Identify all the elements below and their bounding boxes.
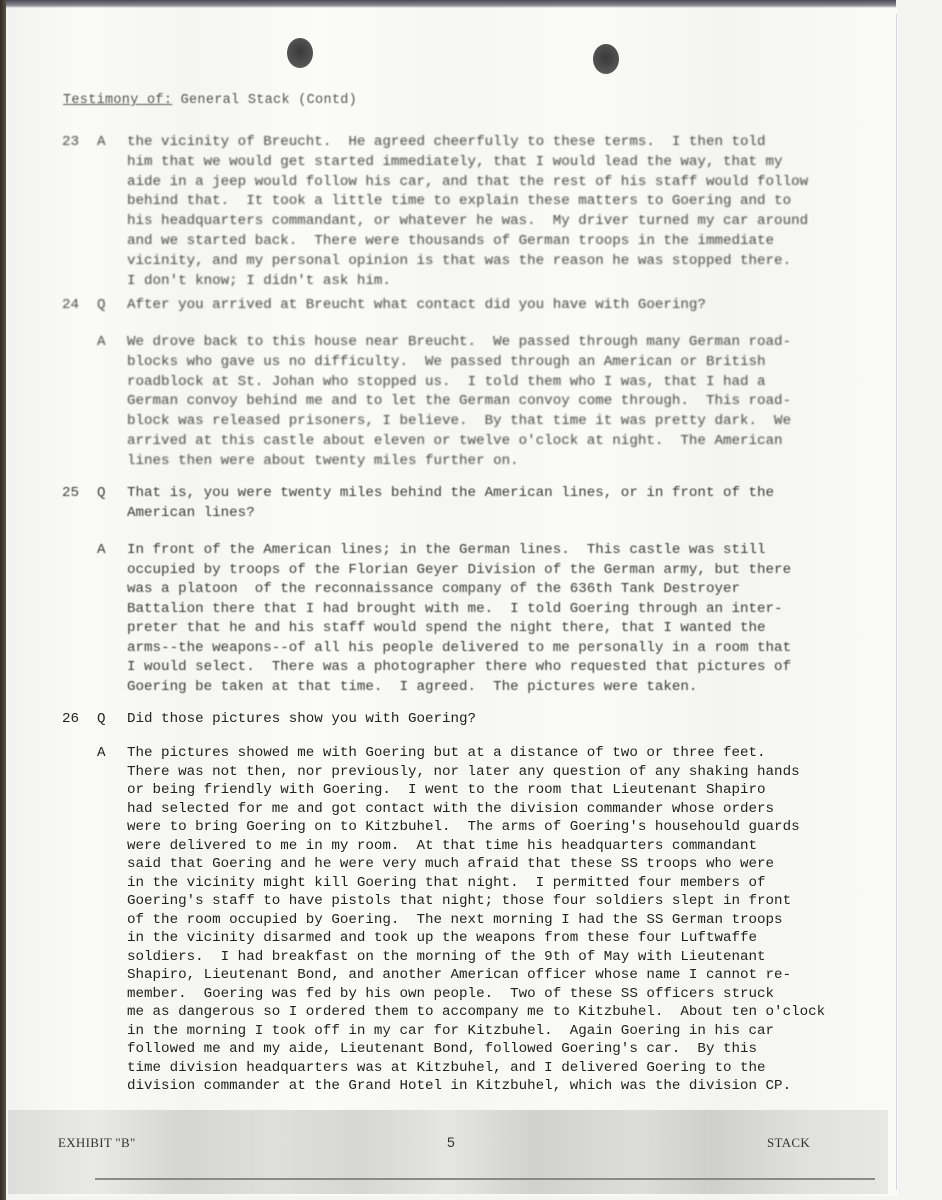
text-line: Goering's staff to have pistols that nig… — [127, 892, 825, 911]
question-answer-marker: Q — [97, 484, 106, 504]
text-line: lines then were about twenty miles furth… — [127, 452, 791, 472]
paragraph-number: 23 — [62, 133, 92, 153]
paragraph-text: In front of the American lines; in the G… — [127, 541, 791, 697]
text-line: division commander at the Grand Hotel in… — [127, 1077, 825, 1096]
text-line: or being friendly with Goering. I went t… — [127, 781, 825, 800]
question-answer-marker: Q — [97, 710, 106, 730]
text-line: followed me and my aide, Lieutenant Bond… — [127, 1040, 825, 1059]
page-header: Testimony of: General Stack (Contd) — [63, 91, 357, 111]
question-answer-marker: A — [97, 744, 106, 764]
footer-rule — [95, 1178, 875, 1180]
text-line: I would select. There was a photographer… — [127, 658, 791, 678]
text-line: behind that. It took a little time to ex… — [127, 192, 808, 212]
page-right-edge — [896, 14, 897, 1190]
text-line: After you arrived at Breucht what contac… — [127, 296, 706, 316]
text-line: the vicinity of Breucht. He agreed cheer… — [127, 133, 808, 153]
text-line: were delivered to me in my room. At that… — [127, 837, 825, 856]
text-line: was a platoon of the reconnaissance comp… — [127, 580, 791, 600]
paragraph-text: We drove back to this house near Breucht… — [127, 333, 791, 472]
text-line: his headquarters commandant, or whatever… — [127, 212, 808, 232]
text-line: of the room occupied by Goering. The nex… — [127, 911, 825, 930]
header-subject: General Stack (Contd) — [181, 93, 357, 108]
question-answer-marker: A — [97, 133, 106, 153]
text-line: Battalion there that I had brought with … — [127, 600, 791, 620]
text-line: aide in a jeep would follow his car, and… — [127, 173, 808, 193]
paragraph-text: The pictures showed me with Goering but … — [127, 744, 825, 1096]
text-line: vicinity, and my personal opinion is tha… — [127, 252, 808, 272]
text-line: said that Goering and he were very much … — [127, 855, 825, 874]
footer-witness: STACK — [767, 1133, 810, 1153]
text-line: Goering be taken at that time. I agreed.… — [127, 678, 791, 698]
text-line: preter that he and his staff would spend… — [127, 619, 791, 639]
paragraph-text: the vicinity of Breucht. He agreed cheer… — [127, 133, 808, 291]
text-line: member. Goering was fed by his own peopl… — [127, 985, 825, 1004]
text-line: roadblock at St. Johan who stopped us. I… — [127, 373, 791, 393]
footer-page-number: 5 — [447, 1133, 455, 1153]
text-line: That is, you were twenty miles behind th… — [127, 484, 774, 504]
text-line: in the morning I took off in my car for … — [127, 1022, 825, 1041]
header-label: Testimony of: — [63, 93, 172, 108]
text-line: American lines? — [127, 504, 774, 524]
text-line: There was not then, nor previously, nor … — [127, 763, 825, 782]
text-line: in the vicinity disarmed and took up the… — [127, 929, 825, 948]
text-line: In front of the American lines; in the G… — [127, 541, 791, 561]
text-line: me as dangerous so I ordered them to acc… — [127, 1003, 825, 1022]
paragraph-number: 26 — [62, 710, 92, 730]
text-line: I don't know; I didn't ask him. — [127, 272, 808, 292]
text-line: had selected for me and got contact with… — [127, 800, 825, 819]
text-line: and we started back. There were thousand… — [127, 232, 808, 252]
footer-exhibit: EXHIBIT "B" — [58, 1133, 136, 1153]
text-line: arms--the weapons--of all his people del… — [127, 639, 791, 659]
document-text: Testimony of: General Stack (Contd) 23At… — [0, 0, 942, 178]
text-line: Shapiro, Lieutenant Bond, and another Am… — [127, 966, 825, 985]
text-line: occupied by troops of the Florian Geyer … — [127, 561, 791, 581]
paragraph-text: After you arrived at Breucht what contac… — [127, 296, 706, 316]
text-line: blocks who gave us no difficulty. We pas… — [127, 353, 791, 373]
text-line: block was released prisoners, I believe.… — [127, 412, 791, 432]
text-line: The pictures showed me with Goering but … — [127, 744, 825, 763]
question-answer-marker: A — [97, 333, 106, 353]
text-line: were to bring Goering on to Kitzbuhel. T… — [127, 818, 825, 837]
paragraph-text: That is, you were twenty miles behind th… — [127, 484, 774, 524]
scan-left-edge — [0, 0, 6, 1200]
text-line: We drove back to this house near Breucht… — [127, 333, 791, 353]
text-line: in the vicinity might kill Goering that … — [127, 874, 825, 893]
text-line: time division headquarters was at Kitzbu… — [127, 1059, 825, 1078]
text-line: arrived at this castle about eleven or t… — [127, 432, 791, 452]
paragraph-number: 25 — [62, 484, 92, 504]
text-line: German convoy behind me and to let the G… — [127, 392, 791, 412]
question-answer-marker: Q — [97, 296, 106, 316]
text-line: Did those pictures show you with Goering… — [127, 710, 476, 730]
paragraph-text: Did those pictures show you with Goering… — [127, 710, 476, 730]
text-line: him that we would get started immediatel… — [127, 153, 808, 173]
question-answer-marker: A — [97, 541, 106, 561]
text-line: soldiers. I had breakfast on the morning… — [127, 948, 825, 967]
paragraph-number: 24 — [62, 296, 92, 316]
